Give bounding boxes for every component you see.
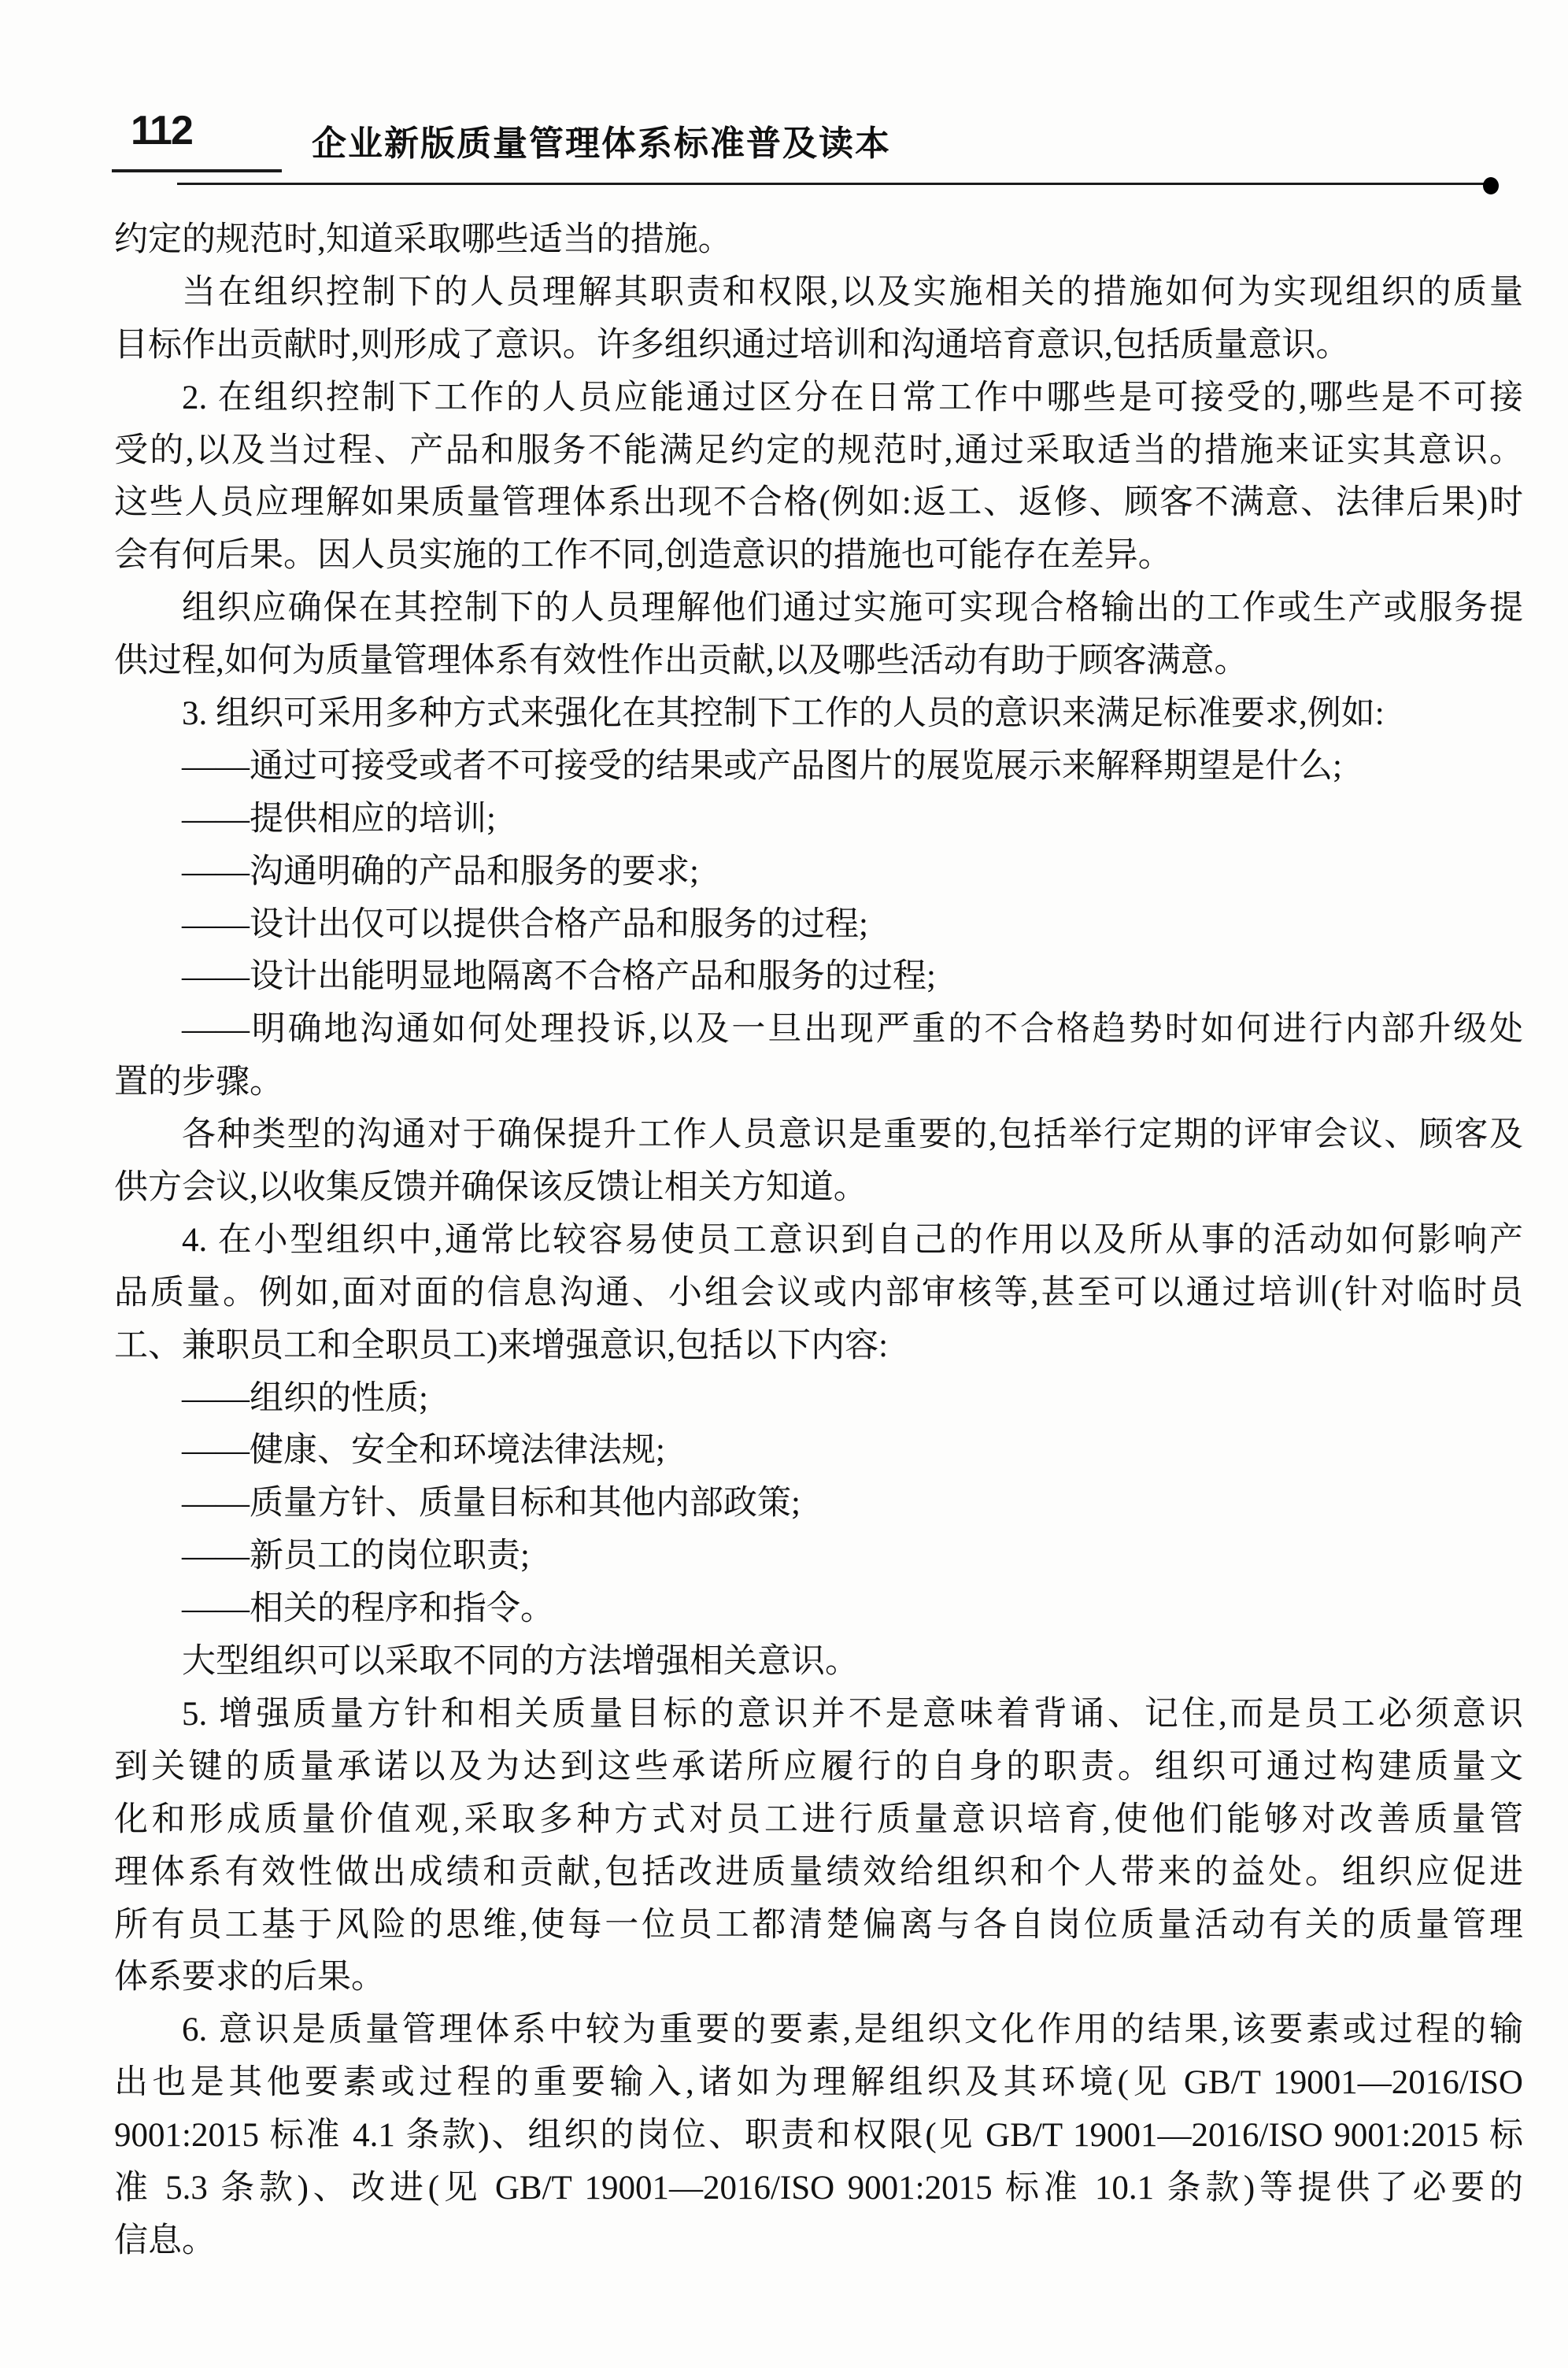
header-rule-dot xyxy=(1483,177,1499,194)
body-line-21: 品质量。例如,面对面的信息沟通、小组会议或内部审核等,甚至可以通过培训(针对临时… xyxy=(114,1267,1523,1320)
body-line-17: 置的步骤。 xyxy=(114,1056,1523,1109)
body-text: 约定的规范时,知道采取哪些适当的措施。当在组织控制下的人员理解其职责和权限,以及… xyxy=(114,214,1523,2268)
body-line-5: 受的,以及当过程、产品和服务不能满足约定的规范时,通过采取适当的措施来证实其意识… xyxy=(114,425,1523,478)
page-number-underline xyxy=(112,169,282,172)
body-line-33: 所有员工基于风险的思维,使每一位员工都清楚偏离与各自岗位质量活动有关的质量管理 xyxy=(114,1900,1523,1952)
body-line-6: 这些人员应理解如果质量管理体系出现不合格(例如:返工、返修、顾客不满意、法律后果… xyxy=(114,477,1523,530)
body-line-16: ——明确地沟通如何处理投诉,以及一旦出现严重的不合格趋势时如何进行内部升级处 xyxy=(114,1004,1523,1056)
body-line-13: ——沟通明确的产品和服务的要求; xyxy=(114,846,1523,899)
body-line-39: 信息。 xyxy=(114,2215,1523,2268)
body-line-36: 出也是其他要素或过程的重要输入,诸如为理解组织及其环境(见 GB/T 19001… xyxy=(114,2057,1523,2110)
body-line-31: 化和形成质量价值观,采取多种方式对员工进行质量意识培育,使他们能够对改善质量管 xyxy=(114,1794,1523,1847)
body-line-9: 供过程,如何为质量管理体系有效性作出贡献,以及哪些活动有助于顾客满意。 xyxy=(114,635,1523,688)
body-line-29: 5. 增强质量方针和相关质量目标的意识并不是意味着背诵、记住,而是员工必须意识 xyxy=(114,1689,1523,1741)
body-line-3: 目标作出贡献时,则形成了意识。许多组织通过培训和沟通培育意识,包括质量意识。 xyxy=(114,320,1523,372)
header-rule xyxy=(177,183,1485,185)
body-line-25: ——质量方针、质量目标和其他内部政策; xyxy=(114,1478,1523,1530)
page-number: 112 xyxy=(131,110,192,151)
body-line-35: 6. 意识是质量管理体系中较为重要的要素,是组织文化作用的结果,该要素或过程的输 xyxy=(114,2004,1523,2057)
body-line-27: ——相关的程序和指令。 xyxy=(114,1583,1523,1636)
body-line-20: 4. 在小型组织中,通常比较容易使员工意识到自己的作用以及所从事的活动如何影响产 xyxy=(114,1215,1523,1267)
body-line-14: ——设计出仅可以提供合格产品和服务的过程; xyxy=(114,899,1523,952)
body-line-10: 3. 组织可采用多种方式来强化在其控制下工作的人员的意识来满足标准要求,例如: xyxy=(114,688,1523,741)
body-line-28: 大型组织可以采取不同的方法增强相关意识。 xyxy=(114,1636,1523,1689)
body-line-11: ——通过可接受或者不可接受的结果或产品图片的展览展示来解释期望是什么; xyxy=(114,741,1523,794)
body-line-4: 2. 在组织控制下工作的人员应能通过区分在日常工作中哪些是可接受的,哪些是不可接 xyxy=(114,372,1523,425)
body-line-2: 当在组织控制下的人员理解其职责和权限,以及实施相关的措施如何为实现组织的质量 xyxy=(114,267,1523,320)
body-line-7: 会有何后果。因人员实施的工作不同,创造意识的措施也可能存在差异。 xyxy=(114,530,1523,583)
body-line-15: ——设计出能明显地隔离不合格产品和服务的过程; xyxy=(114,951,1523,1004)
body-line-1: 约定的规范时,知道采取哪些适当的措施。 xyxy=(114,214,1523,267)
body-line-23: ——组织的性质; xyxy=(114,1373,1523,1426)
body-line-26: ——新员工的岗位职责; xyxy=(114,1530,1523,1583)
body-line-19: 供方会议,以收集反馈并确保该反馈让相关方知道。 xyxy=(114,1162,1523,1215)
body-line-24: ——健康、安全和环境法律法规; xyxy=(114,1425,1523,1478)
body-line-32: 理体系有效性做出成绩和贡献,包括改进质量绩效给组织和个人带来的益处。组织应促进 xyxy=(114,1847,1523,1900)
body-line-38: 准 5.3 条款)、改进(见 GB/T 19001—2016/ISO 9001:… xyxy=(114,2163,1523,2215)
book-title: 企业新版质量管理体系标准普及读本 xyxy=(312,127,891,161)
body-line-30: 到关键的质量承诺以及为达到这些承诺所应履行的自身的职责。组织可通过构建质量文 xyxy=(114,1741,1523,1794)
body-line-8: 组织应确保在其控制下的人员理解他们通过实施可实现合格输出的工作或生产或服务提 xyxy=(114,583,1523,635)
body-line-18: 各种类型的沟通对于确保提升工作人员意识是重要的,包括举行定期的评审会议、顾客及 xyxy=(114,1109,1523,1162)
body-line-37: 9001:2015 标准 4.1 条款)、组织的岗位、职责和权限(见 GB/T … xyxy=(114,2110,1523,2163)
body-line-12: ——提供相应的培训; xyxy=(114,794,1523,846)
body-line-34: 体系要求的后果。 xyxy=(114,1952,1523,2004)
body-line-22: 工、兼职员工和全职员工)来增强意识,包括以下内容: xyxy=(114,1320,1523,1373)
book-page: 112 企业新版质量管理体系标准普及读本 约定的规范时,知道采取哪些适当的措施。… xyxy=(0,0,1568,2368)
